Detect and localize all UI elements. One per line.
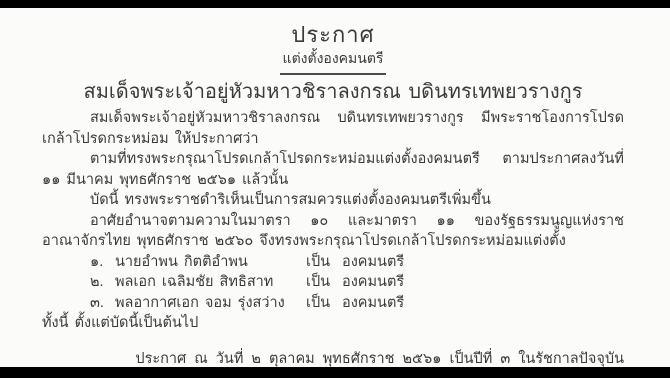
appointment-number: ๒. <box>90 272 115 293</box>
paragraph-previous-appointment: ตามที่ทรงพระกรุณาโปรดเกล้าโปรดกระหม่อมแต… <box>42 149 624 190</box>
document-title: ประกาศ <box>42 22 624 48</box>
appointment-row: ๒. พลเอก เฉลิมชัย สิทธิสาท เป็น องคมนตรี <box>90 272 624 293</box>
appointments-list: ๑. นายอำพน กิตติอำพน เป็น องคมนตรี ๒. พล… <box>90 252 624 314</box>
appointment-number: ๑. <box>90 252 115 273</box>
paragraph-legal-authority: อาศัยอำนาจตามความในมาตรา ๑๐ และมาตรา ๑๑ … <box>42 211 624 252</box>
royal-name-heading: สมเด็จพระเจ้าอยู่หัวมหาวชิราลงกรณ บดินทร… <box>42 80 624 105</box>
appointee-name: นายอำพน กิตติอำพน <box>115 252 306 273</box>
paragraph-royal-consideration: บัดนี้ ทรงพระราชดำริเห็นเป็นการสมควรแต่ง… <box>42 190 624 211</box>
document-page: ประกาศ แต่งตั้งองคมนตรี สมเด็จพระเจ้าอยู… <box>0 0 670 378</box>
effective-date-note: ทั้งนี้ ตั้งแต่บัดนี้เป็นต้นไป <box>42 313 624 334</box>
appointment-verb: เป็น <box>306 252 342 273</box>
document-subtitle: แต่งตั้งองคมนตรี <box>42 49 624 67</box>
top-letterbox-bar <box>0 0 670 8</box>
paragraph-royal-command: สมเด็จพระเจ้าอยู่หัวมหาวชิราลงกรณ บดินทร… <box>42 108 624 149</box>
appointment-position: องคมนตรี <box>342 252 404 273</box>
proclamation-document: ประกาศ แต่งตั้งองคมนตรี สมเด็จพระเจ้าอยู… <box>0 8 670 367</box>
proclamation-date-footer: ประกาศ ณ วันที่ ๒ ตุลาคม พุทธศักราช ๒๕๖๑… <box>42 349 624 369</box>
appointment-row: ๓. พลอากาศเอก จอม รุ่งสว่าง เป็น องคมนตร… <box>90 293 624 314</box>
appointment-number: ๓. <box>90 293 115 314</box>
appointment-position: องคมนตรี <box>342 272 404 293</box>
appointee-name: พลอากาศเอก จอม รุ่งสว่าง <box>115 293 306 314</box>
appointment-position: องคมนตรี <box>342 293 404 314</box>
bottom-letterbox-bar <box>0 367 670 378</box>
appointment-verb: เป็น <box>306 272 342 293</box>
title-divider-line <box>280 73 386 75</box>
appointment-row: ๑. นายอำพน กิตติอำพน เป็น องคมนตรี <box>90 252 624 273</box>
appointment-verb: เป็น <box>306 293 342 314</box>
appointee-name: พลเอก เฉลิมชัย สิทธิสาท <box>115 272 306 293</box>
